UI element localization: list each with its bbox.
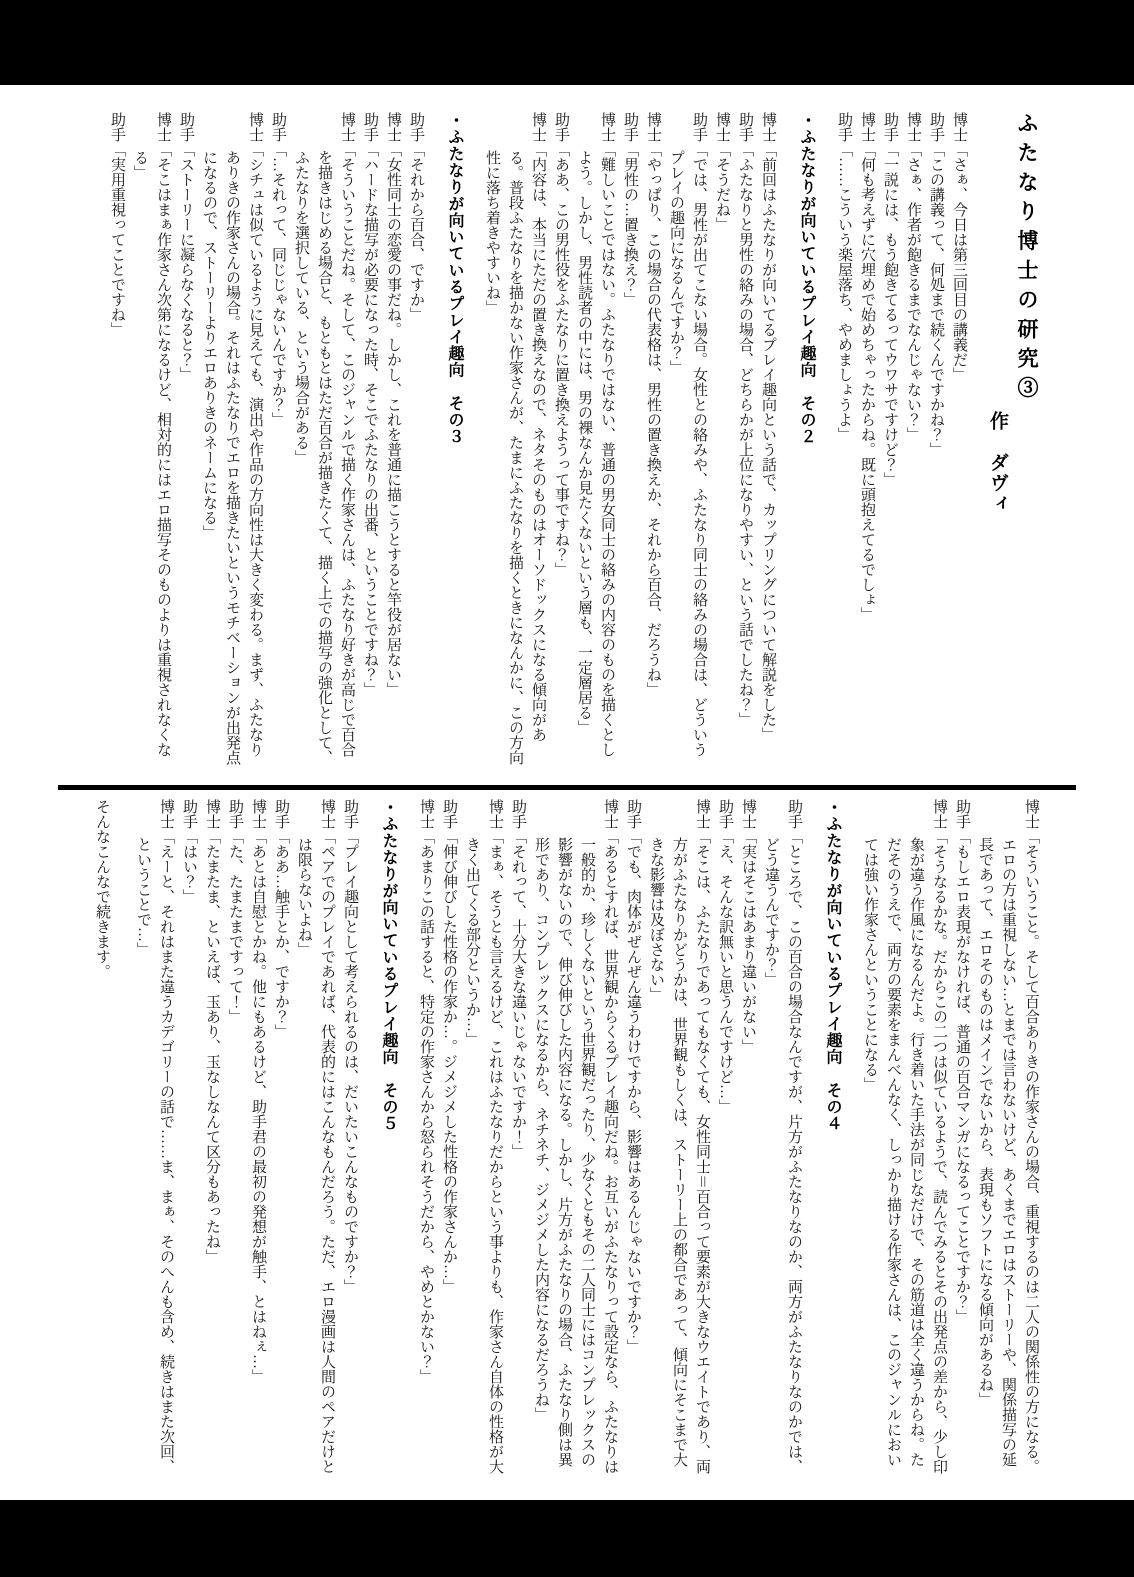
dialogue-text: 「はい？」 xyxy=(181,829,197,904)
speaker-label: 博士 xyxy=(645,112,661,142)
speaker-label: 博士 xyxy=(931,799,947,829)
dialogue-text: 「ハードな描写が必要になった時、そこでふたなりの出番、ということですね？」 xyxy=(362,142,378,697)
dialogue-line: 博士「そこは、ふたなりであってもなくても、女性同士＝百合って要素が大きなウエイト… xyxy=(644,799,713,1477)
dialogue-line: 助手「それって、十分大きな違いじゃないですか！」 xyxy=(506,799,529,1477)
section-heading: ・ふたなりが向いているプレイ趣向 その５ xyxy=(377,799,400,1477)
speaker-label: 助手 xyxy=(362,112,378,142)
dialogue-line: 助手「プレイ趣向として考えられるのは、だいたいこんなものですか？」 xyxy=(338,799,361,1477)
speaker-label: 博士 xyxy=(740,799,756,829)
speaker-label: 博士 xyxy=(599,112,615,142)
speaker-label: 博士 xyxy=(204,799,220,829)
speaker-label: 助手 xyxy=(622,112,638,142)
speaker-label: 助手 xyxy=(181,799,197,829)
dialogue-line: 博士「たまたま、といえば、玉あり、玉なしなんて区分もあったね」 xyxy=(200,799,223,1477)
speaker-label: 博士 xyxy=(155,112,171,142)
dialogue-line: 博士「ペアでのプレイであれば、代表的にはこんなもんだろう。ただ、エロ漫画は人間の… xyxy=(292,799,338,1477)
dialogue-text: 「何も考えずに穴埋めで始めちゃったからね。既に頭抱えてるでしょ」 xyxy=(859,142,875,622)
closing-note: そんなこんなで続きます。 xyxy=(90,799,113,1477)
dialogue-line: 博士「そうなるかな。だからこの二つは似ているようで、読んでみるとその出発点の差か… xyxy=(858,799,950,1477)
dialogue-line: 助手「ストーリーに凝らなくなると？」 xyxy=(174,112,197,768)
dialogue-line: 助手「でも、肉体がぜんぜん違うわけですから、影響はあるんじゃないですか？」 xyxy=(621,799,644,1477)
dialogue-text: 「たまたま、といえば、玉あり、玉なしなんて区分もあったね」 xyxy=(204,829,220,1264)
dialogue-line: 助手「ああ…触手とか、ですか？」 xyxy=(269,799,292,1477)
dialogue-line: 助手「ふたなりと男性の絡みの場合、どちらかが上位になりやすい、という話でしたね？… xyxy=(733,112,756,768)
dialogue-text: 「難しいことではない。ふたなりではない、普通の男女同士の絡みの内容のものを描くと… xyxy=(576,142,615,757)
dialogue-text: 「ところで、この百合の場合なんですが、片方がふたなりなのか、両方がふたなりなのか… xyxy=(763,829,802,1474)
dialogue-text: 「そうだね」 xyxy=(714,142,730,232)
speaker-label: 博士 xyxy=(158,799,174,829)
dialogue-line: 博士「さぁ、今日は第三回目の講義だ」 xyxy=(947,112,970,768)
dialogue-text: 「女性同士の恋愛の事だね。しかし、これを普通に描こうとすると竿役が居ない」 xyxy=(385,142,401,697)
dialogue-line: 助手「一説には、もう飽きてるってウワサですけど？」 xyxy=(878,112,901,768)
section-heading: ・ふたなりが向いているプレイ趣向 その２ xyxy=(795,112,818,768)
section-heading: ・ふたなりが向いているプレイ趣向 その４ xyxy=(821,799,844,1477)
dialogue-line: 助手「もしエロ表現がなければ、普通の百合マンガになるってことですか？」 xyxy=(950,799,973,1477)
speaker-label: 助手 xyxy=(954,799,970,829)
speaker-label: 助手 xyxy=(928,112,944,142)
page-background: { "page": { "background_color": "#000000… xyxy=(0,0,1134,1577)
speaker-label: 博士 xyxy=(1023,799,1039,829)
dialogue-line: 博士「そういうことだね。そして、このジャンルで描く作家さんは、ふたなり好きが高じ… xyxy=(289,112,358,768)
dialogue-line: 助手「実用重視ってことですね」 xyxy=(105,112,128,768)
dialogue-line: 博士「そこはまぁ作家さん次第になるけど、相対的にはエロ描写そのものよりは重視され… xyxy=(128,112,174,768)
top-text-flow: ふたなり博士の研究③ 作 ダヴィ 博士「さぁ、今日は第三回目の講義だ」助手「この… xyxy=(36,112,1040,768)
speaker-label: 助手 xyxy=(786,799,802,829)
dialogue-line: 助手「ハードな描写が必要になった時、そこでふたなりの出番、ということですね？」 xyxy=(358,112,381,768)
dialogue-text: 「ストーリーに凝らなくなると？」 xyxy=(178,142,194,382)
dialogue-text: 「あとは自慰とかね。他にもあるけど、助手君の最初の発想が触手、とはねぇ…」 xyxy=(250,829,266,1384)
dialogue-line: 助手「…それって、同じじゃないんですか？」 xyxy=(266,112,289,768)
speaker-label: 助手 xyxy=(408,112,424,142)
speaker-label: 助手 xyxy=(227,799,243,829)
dialogue-text: 「実用重視ってことですね」 xyxy=(109,142,125,337)
speaker-label: 博士 xyxy=(602,799,618,829)
speaker-label: 博士 xyxy=(487,799,503,829)
dialogue-text: 「内容は、本当にただの置き換えなので、ネタそのものはオーソドックスになる傾向があ… xyxy=(484,142,546,765)
page-title: ふたなり博士の研究③ xyxy=(1015,112,1038,768)
bottom-text-flow: 博士「そういうこと。そして百合ありきの作家さんの場合、重視するのは二人の関係性の… xyxy=(36,799,1042,1477)
dialogue-text: 「……こういう楽屋落ち、やめましょうよ」 xyxy=(836,142,852,442)
speaker-label: 助手 xyxy=(737,112,753,142)
dialogue-text: 「た、たまたまですって！」 xyxy=(227,829,243,1024)
dialogue-line: 助手「それから百合、ですか」 xyxy=(404,112,427,768)
speaker-label: 助手 xyxy=(109,112,125,142)
author-credit: 作 ダヴィ xyxy=(986,112,1009,768)
dialogue-line: 助手「この講義って、何処まで続くんですかね？」 xyxy=(924,112,947,768)
dialogue-line: 博士「何も考えずに穴埋めで始めちゃったからね。既に頭抱えてるでしょ」 xyxy=(855,112,878,768)
speaker-label: 助手 xyxy=(882,112,898,142)
speaker-label: 助手 xyxy=(717,799,733,829)
dialogue-text: 「それから百合、ですか」 xyxy=(408,142,424,322)
speaker-label: 博士 xyxy=(694,799,710,829)
dialogue-text: 「実はそこはあまり違いがない」 xyxy=(740,829,756,1054)
document-page: ふたなり博士の研究③ 作 ダヴィ 博士「さぁ、今日は第三回目の講義だ」助手「この… xyxy=(0,85,1134,1500)
dialogue-text: 「そういうこと。そして百合ありきの作家さんの場合、重視するのは二人の関係性の方に… xyxy=(977,829,1039,1474)
dialogue-text: 「え、そんな訳無いと思うんですけど…」 xyxy=(717,829,733,1114)
dialogue-line: 助手「伸び伸びした性格の作家か…。ジメジメした性格の作家さんか…」 xyxy=(437,799,460,1477)
speaker-label: 博士 xyxy=(714,112,730,142)
dialogue-text: 「では、男性が出てこない場合。女性との絡みや、ふたなり同士の絡みの場合は、どうい… xyxy=(668,142,707,757)
dialogue-text: 「やっぱり、この場合の代表格は、男性の置き換えか、それから百合、だろうね」 xyxy=(645,142,661,697)
dialogue-text: 「でも、肉体がぜんぜん違うわけですから、影響はあるんじゃないですか？」 xyxy=(625,829,641,1354)
dialogue-text: 「シチュは似ているように見えても、演出や作品の方向性は大きく変わる。まず、ふたな… xyxy=(201,142,263,765)
section-divider xyxy=(58,785,1076,790)
speaker-label: 助手 xyxy=(342,799,358,829)
speaker-label: 博士 xyxy=(951,112,967,142)
speaker-label: 助手 xyxy=(836,112,852,142)
dialogue-line: 博士「あとは自慰とかね。他にもあるけど、助手君の最初の発想が触手、とはねぇ…」 xyxy=(246,799,269,1477)
dialogue-text: 「プレイ趣向として考えられるのは、だいたいこんなものですか？」 xyxy=(342,829,358,1294)
speaker-label: 博士 xyxy=(530,112,546,142)
speaker-label: 助手 xyxy=(625,799,641,829)
speaker-label: 博士 xyxy=(247,112,263,142)
speaker-label: 博士 xyxy=(339,112,355,142)
dialogue-line: 博士「やっぱり、この場合の代表格は、男性の置き換えか、それから百合、だろうね」 xyxy=(641,112,664,768)
dialogue-line: 博士「シチュは似ているように見えても、演出や作品の方向性は大きく変わる。まず、ふ… xyxy=(197,112,266,768)
speaker-label: 博士 xyxy=(760,112,776,142)
speaker-label: 助手 xyxy=(178,112,194,142)
dialogue-text: 「えーと、それはまた違うカデゴリーの話で……ま、まぁ、そのへんも含め、続きはまた… xyxy=(135,829,174,1474)
speaker-label: 助手 xyxy=(270,112,286,142)
dialogue-line: 博士「あまりこの話すると、特定の作家さんから怒られそうだから、やめとかない？」 xyxy=(414,799,437,1477)
speaker-label: 助手 xyxy=(510,799,526,829)
dialogue-line: 助手「ところで、この百合の場合なんですが、片方がふたなりなのか、両方がふたなりな… xyxy=(759,799,805,1477)
speaker-label: 博士 xyxy=(418,799,434,829)
dialogue-text: 「さぁ、今日は第三回目の講義だ」 xyxy=(951,142,967,382)
dialogue-line: 博士「そういうこと。そして百合ありきの作家さんの場合、重視するのは二人の関係性の… xyxy=(973,799,1042,1477)
dialogue-text: 「そういうことだね。そして、このジャンルで描く作家さんは、ふたなり好きが高じで百… xyxy=(293,142,355,765)
dialogue-line: 助手「では、男性が出てこない場合。女性との絡みや、ふたなり同士の絡みの場合は、ど… xyxy=(664,112,710,768)
dialogue-line: 助手「はい？」 xyxy=(177,799,200,1477)
dialogue-line: 博士「さぁ、作者が飽きるまでなんじゃない？」 xyxy=(901,112,924,768)
dialogue-text: 「ああ、この男性役をふたなりに置き換えようって事ですね？」 xyxy=(553,142,569,577)
dialogue-line: 助手「た、たまたまですって！」 xyxy=(223,799,246,1477)
speaker-label: 博士 xyxy=(319,799,335,829)
dialogue-text: 「…それって、同じじゃないんですか？」 xyxy=(270,142,286,427)
dialogue-text: 「この講義って、何処まで続くんですかね？」 xyxy=(928,142,944,457)
dialogue-text: 「そうなるかな。だからこの二つは似ているようで、読んでみるとその出発点の差から、… xyxy=(862,829,947,1474)
dialogue-text: 「そこはまぁ作家さん次第になるけど、相対的にはエロ描写そのものよりは重視されなく… xyxy=(132,142,171,757)
dialogue-text: 「あるとすれば、世界観からくるプレイ趣向だね。お互いがふたなりって設定なら、ふた… xyxy=(533,829,618,1474)
dialogue-line: 助手「ああ、この男性役をふたなりに置き換えようって事ですね？」 xyxy=(549,112,572,768)
dialogue-text: 「あまりこの話すると、特定の作家さんから怒られそうだから、やめとかない？」 xyxy=(418,829,434,1384)
dialogue-text: 「そこは、ふたなりであってもなくても、女性同士＝百合って要素が大きなウエイトであ… xyxy=(648,829,710,1474)
dialogue-line: 助手「……こういう楽屋落ち、やめましょうよ」 xyxy=(832,112,855,768)
dialogue-text: 「ふたなりと男性の絡みの場合、どちらかが上位になりやすい、という話でしたね？」 xyxy=(737,142,753,727)
dialogue-line: 博士「内容は、本当にただの置き換えなので、ネタそのものはオーソドックスになる傾向… xyxy=(480,112,549,768)
dialogue-line: 博士「前回はふたなりが向いてるプレイ趣向という話で、カップリングについて解説をし… xyxy=(756,112,779,768)
speaker-label: 助手 xyxy=(553,112,569,142)
speaker-label: 博士 xyxy=(859,112,875,142)
dialogue-line: 助手「男性の…置き換え？」 xyxy=(618,112,641,768)
speaker-label: 博士 xyxy=(905,112,921,142)
speaker-label: 博士 xyxy=(385,112,401,142)
dialogue-text: 「男性の…置き換え？」 xyxy=(622,142,638,307)
dialogue-text: 「もしエロ表現がなければ、普通の百合マンガになるってことですか？」 xyxy=(954,829,970,1324)
dialogue-text: 「まぁ、そうとも言えるけど、これはふたなりだからという事よりも、作家さん自体の性… xyxy=(464,829,503,1474)
dialogue-text: 「ペアでのプレイであれば、代表的にはこんなもんだろう。ただ、エロ漫画は人間のペア… xyxy=(296,829,335,1474)
dialogue-text: 「一説には、もう飽きてるってウワサですけど？」 xyxy=(882,142,898,487)
dialogue-line: 博士「女性同士の恋愛の事だね。しかし、これを普通に描こうとすると竿役が居ない」 xyxy=(381,112,404,768)
dialogue-text: 「ああ…触手とか、ですか？」 xyxy=(273,829,289,1039)
dialogue-text: 「伸び伸びした性格の作家か…。ジメジメした性格の作家さんか…」 xyxy=(441,829,457,1294)
dialogue-line: 博士「そうだね」 xyxy=(710,112,733,768)
dialogue-line: 博士「実はそこはあまり違いがない」 xyxy=(736,799,759,1477)
speaker-label: 助手 xyxy=(691,112,707,142)
speaker-label: 助手 xyxy=(441,799,457,829)
section-heading: ・ふたなりが向いているプレイ趣向 その３ xyxy=(443,112,466,768)
dialogue-text: 「それって、十分大きな違いじゃないですか！」 xyxy=(510,829,526,1159)
dialogue-line: 博士「あるとすれば、世界観からくるプレイ趣向だね。お互いがふたなりって設定なら、… xyxy=(529,799,621,1477)
speaker-label: 助手 xyxy=(273,799,289,829)
dialogue-text: 「前回はふたなりが向いてるプレイ趣向という話で、カップリングについて解説をした」 xyxy=(760,142,776,742)
dialogue-line: 博士「えーと、それはまた違うカデゴリーの話で……ま、まぁ、そのへんも含め、続きは… xyxy=(131,799,177,1477)
dialogue-line: 博士「難しいことではない。ふたなりではない、普通の男女同士の絡みの内容のものを描… xyxy=(572,112,618,768)
speaker-label: 博士 xyxy=(250,799,266,829)
dialogue-text: 「さぁ、作者が飽きるまでなんじゃない？」 xyxy=(905,142,921,442)
dialogue-line: 助手「え、そんな訳無いと思うんですけど…」 xyxy=(713,799,736,1477)
dialogue-line: 博士「まぁ、そうとも言えるけど、これはふたなりだからという事よりも、作家さん自体… xyxy=(460,799,506,1477)
